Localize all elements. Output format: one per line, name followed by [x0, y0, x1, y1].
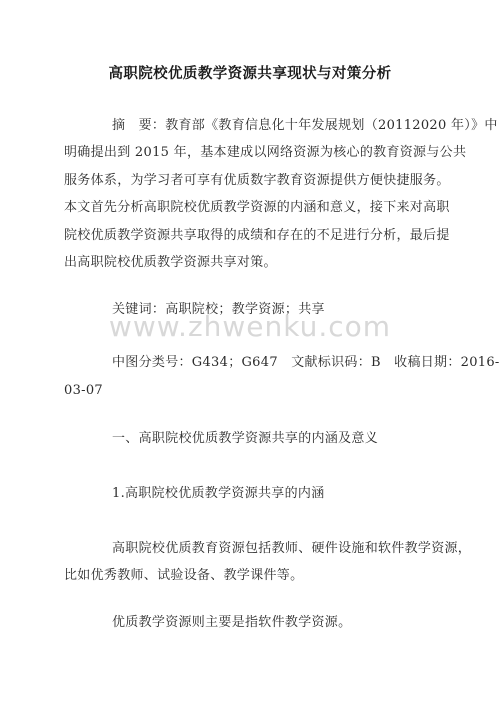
abstract-line-6: 出高职院校优质教学资源共享对策。	[64, 255, 277, 271]
document-page: 高职院校优质教学资源共享现状与对策分析 摘 要：教育部《教育信息化十年发展规划（…	[0, 0, 500, 708]
abstract-line-2: 明确提出到 2015 年，基本建成以网络资源为核心的教育资源与公共	[64, 145, 466, 161]
keywords: 关键词：高职院校；教学资源；共享	[112, 302, 325, 318]
subsection-heading: 1.高职院校优质教学资源共享的内涵	[112, 486, 325, 502]
document-title: 高职院校优质教学资源共享现状与对策分析	[0, 62, 500, 83]
abstract-line-3: 服务体系，为学习者可享有优质数字教育资源提供方便快捷服务。	[64, 173, 450, 189]
paragraph-2: 优质教学资源则主要是指软件教学资源。	[112, 615, 351, 631]
section-heading: 一、高职院校优质教学资源共享的内涵及意义	[112, 431, 378, 447]
classification-line-1: 中图分类号：G434；G647 文献标识码：B 收稿日期：2016-	[112, 355, 500, 371]
abstract-line-4: 本文首先分析高职院校优质教学资源的内涵和意义，接下来对高职	[64, 200, 450, 216]
abstract-line-1: 摘 要：教育部《教育信息化十年发展规划（20112020 年）》中	[112, 118, 498, 134]
paragraph-1-line-1: 高职院校优质教育资源包括教师、硬件设施和软件教学资源，	[112, 541, 471, 557]
abstract-line-5: 院校优质教学资源共享取得的成绩和存在的不足进行分析，最后提	[64, 228, 450, 244]
paragraph-1-line-2: 比如优秀教师、试验设备、教学课件等。	[64, 568, 303, 584]
classification-line-2: 03-07	[64, 383, 103, 399]
